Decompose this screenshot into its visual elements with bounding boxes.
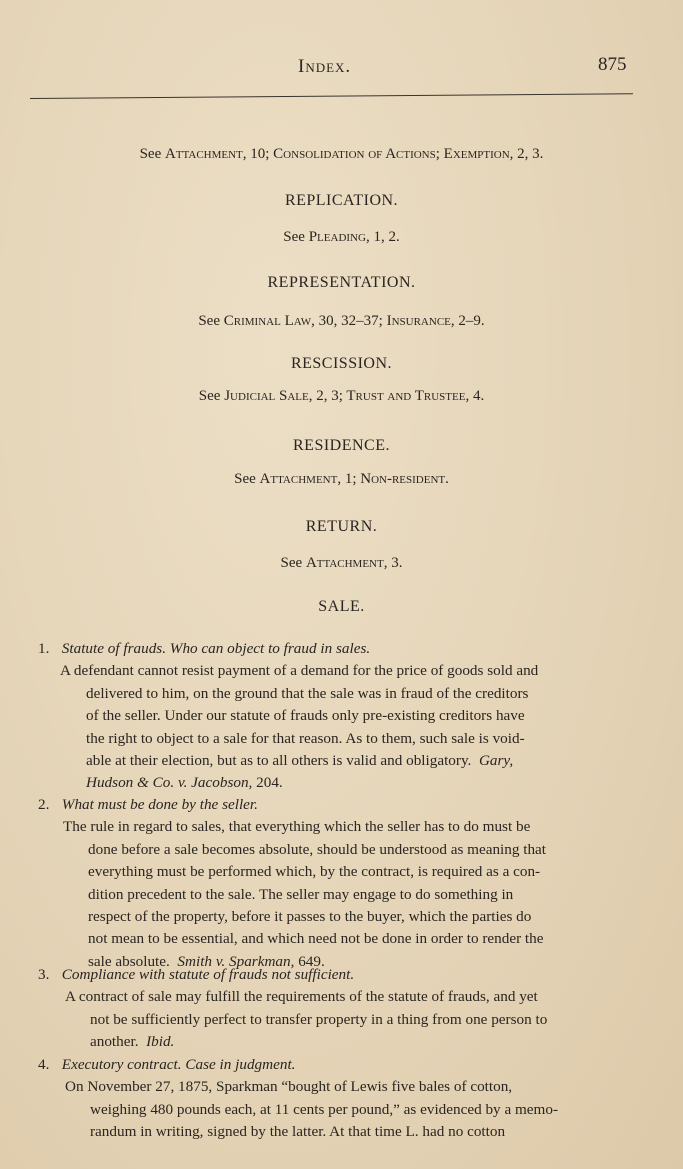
entry-line: everything must be performed which, by t… [88,861,648,883]
section-heading-rescission: RESCISSION. [0,355,683,373]
sale-entry-1: 1. Statute of frauds. Who can object to … [38,638,648,795]
case-citation: Gary, [479,752,513,769]
sale-entry-2: 2. What must be done by the seller. The … [38,794,648,973]
section-heading-replication: REPLICATION. [0,192,683,210]
see-label: See [281,555,303,571]
see-label: See [198,313,220,329]
see-label: See [199,388,221,404]
cross-reference-targets: Attachment, 3. [306,555,403,571]
running-title: Index. [298,56,351,78]
section-heading-return: RETURN. [0,518,683,536]
cross-reference-targets: Judicial Sale, 2, 3; Trust and Trustee, … [224,388,484,404]
entry-number: 1. [38,638,58,660]
entry-line: able at their election, but as to all ot… [86,750,648,772]
entry-text: able at their election, but as to all ot… [86,752,471,769]
see-label: See [234,471,256,487]
cross-reference: See Criminal Law, 30, 32–37; Insurance, … [0,313,683,330]
entry-line: of the seller. Under our statute of frau… [86,705,648,727]
cross-reference: See Pleading, 1, 2. [0,229,683,246]
cross-reference: See Attachment, 1; Non-resident. [0,471,683,488]
entry-line: weighing 480 pounds each, at 11 cents pe… [90,1099,648,1121]
entry-line: another. Ibid. [90,1031,648,1053]
entry-line: delivered to him, on the ground that the… [86,683,648,705]
running-head: Index. 875 [0,56,683,82]
entry-line: On November 27, 1875, Sparkman “bought o… [65,1076,648,1098]
entry-line: A contract of sale may fulfill the requi… [65,986,648,1008]
see-label: See [140,146,162,162]
entry-title: Statute of frauds. Who can object to fra… [62,640,370,657]
case-citation: Hudson & Co. v. Jacobson, [86,774,252,791]
entry-line: dition precedent to the sale. The seller… [88,884,648,906]
sale-entry-3: 3. Compliance with statute of frauds not… [38,964,648,1054]
entry-line: randum in writing, signed by the latter.… [90,1121,648,1143]
entry-line: Hudson & Co. v. Jacobson, 204. [86,772,648,794]
case-citation: Ibid. [146,1033,174,1050]
cross-reference: See Judicial Sale, 2, 3; Trust and Trust… [0,388,683,405]
cross-reference-targets: Attachment, 1; Non-resident. [260,471,449,487]
cross-reference-targets: Criminal Law, 30, 32–37; Insurance, 2–9. [224,313,485,329]
cross-reference: See Attachment, 3. [0,555,683,572]
entry-line: the right to object to a sale for that r… [86,728,648,750]
book-page: Index. 875 See Attachment, 10; Consolida… [0,0,683,1169]
entry-title: Executory contract. Case in judgment. [62,1056,296,1073]
entry-number: 3. [38,964,58,986]
entry-title: What must be done by the seller. [62,796,258,813]
sale-entry-4: 4. Executory contract. Case in judgment.… [38,1054,648,1144]
entry-number: 4. [38,1054,58,1076]
entry-line: respect of the property, before it passe… [88,906,648,928]
entry-line: not be sufficiently perfect to transfer … [90,1009,648,1031]
entry-line: done before a sale becomes absolute, sho… [88,839,648,861]
see-label: See [283,229,305,245]
entry-line: not mean to be essential, and which need… [88,928,648,950]
citation-page: 204. [256,774,283,791]
entry-title: Compliance with statute of frauds not su… [62,966,354,983]
cross-reference: See Attachment, 10; Consolidation of Act… [0,146,683,163]
cross-reference-targets: Pleading, 1, 2. [309,229,400,245]
entry-text: another. [90,1033,139,1050]
entry-number: 2. [38,794,58,816]
section-heading-sale: SALE. [0,598,683,616]
header-rule [30,93,633,99]
section-heading-residence: RESIDENCE. [0,437,683,455]
entry-line: The rule in regard to sales, that everyt… [63,816,648,838]
cross-reference-targets: Attachment, 10; Consolidation of Actions… [165,146,543,162]
page-number: 875 [598,54,627,76]
section-heading-representation: REPRESENTATION. [0,274,683,292]
entry-line: A defendant cannot resist payment of a d… [60,660,648,682]
